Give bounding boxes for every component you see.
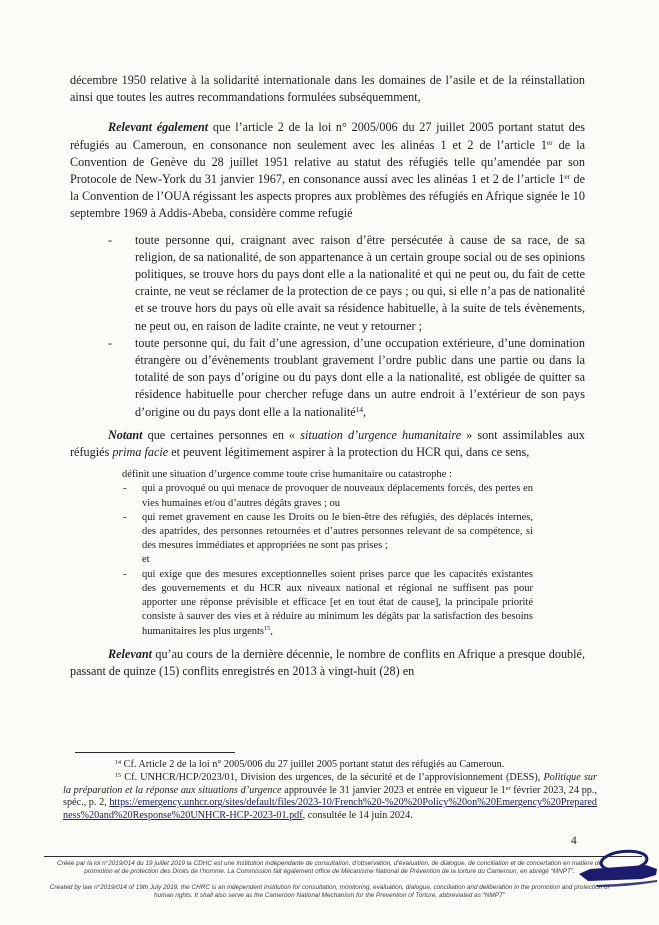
paragraph-relevant: Relevant qu’au cours de la dernière déce… <box>70 646 585 680</box>
footnote-15: 15 Cf. UNHCR/HCP/2023/01, Division des u… <box>63 772 597 823</box>
footnote-separator <box>75 752 235 753</box>
footnotes-section: 14 Cf. Article 2 de la loi n° 2005/006 d… <box>63 752 597 823</box>
paragraph-relevant-egalement: Relevant également que l’article 2 de la… <box>70 119 585 222</box>
pen-icon <box>576 848 659 896</box>
page-body: décembre 1950 relative à la solidarité i… <box>70 0 585 680</box>
paragraph-notant: Notant que certaines personnes en « situ… <box>70 427 585 461</box>
list-item: toute personne qui, du fait d’une agress… <box>70 335 585 421</box>
refugee-definition-list: toute personne qui, craignant avec raiso… <box>70 232 585 421</box>
footer-rule <box>44 856 642 857</box>
unhcr-definition-quote: définit une situation d’urgence comme to… <box>122 468 533 638</box>
footnote-14: 14 Cf. Article 2 de la loi n° 2005/006 d… <box>63 759 597 772</box>
footer-text-french: Créée par la loi n°2019/014 du 19 juille… <box>46 860 613 877</box>
footer-text-english: Created by law n°2019/014 of 19th July 2… <box>46 884 613 901</box>
quote-list-item: qui remet gravement en cause les Droits … <box>122 511 533 568</box>
page-number: 4 <box>571 835 577 847</box>
unhcr-policy-link[interactable]: https://emergency.unhcr.org/sites/defaul… <box>63 797 597 821</box>
document-page: décembre 1950 relative à la solidarité i… <box>0 0 659 925</box>
list-item: toute personne qui, craignant avec raiso… <box>70 232 585 335</box>
quote-list-item: qui exige que des mesures exceptionnelle… <box>122 568 533 639</box>
quote-intro: définit une situation d’urgence comme to… <box>122 468 533 482</box>
quote-list-item: qui a provoqué ou qui menace de provoque… <box>122 482 533 510</box>
paragraph-continuation: décembre 1950 relative à la solidarité i… <box>70 0 585 106</box>
